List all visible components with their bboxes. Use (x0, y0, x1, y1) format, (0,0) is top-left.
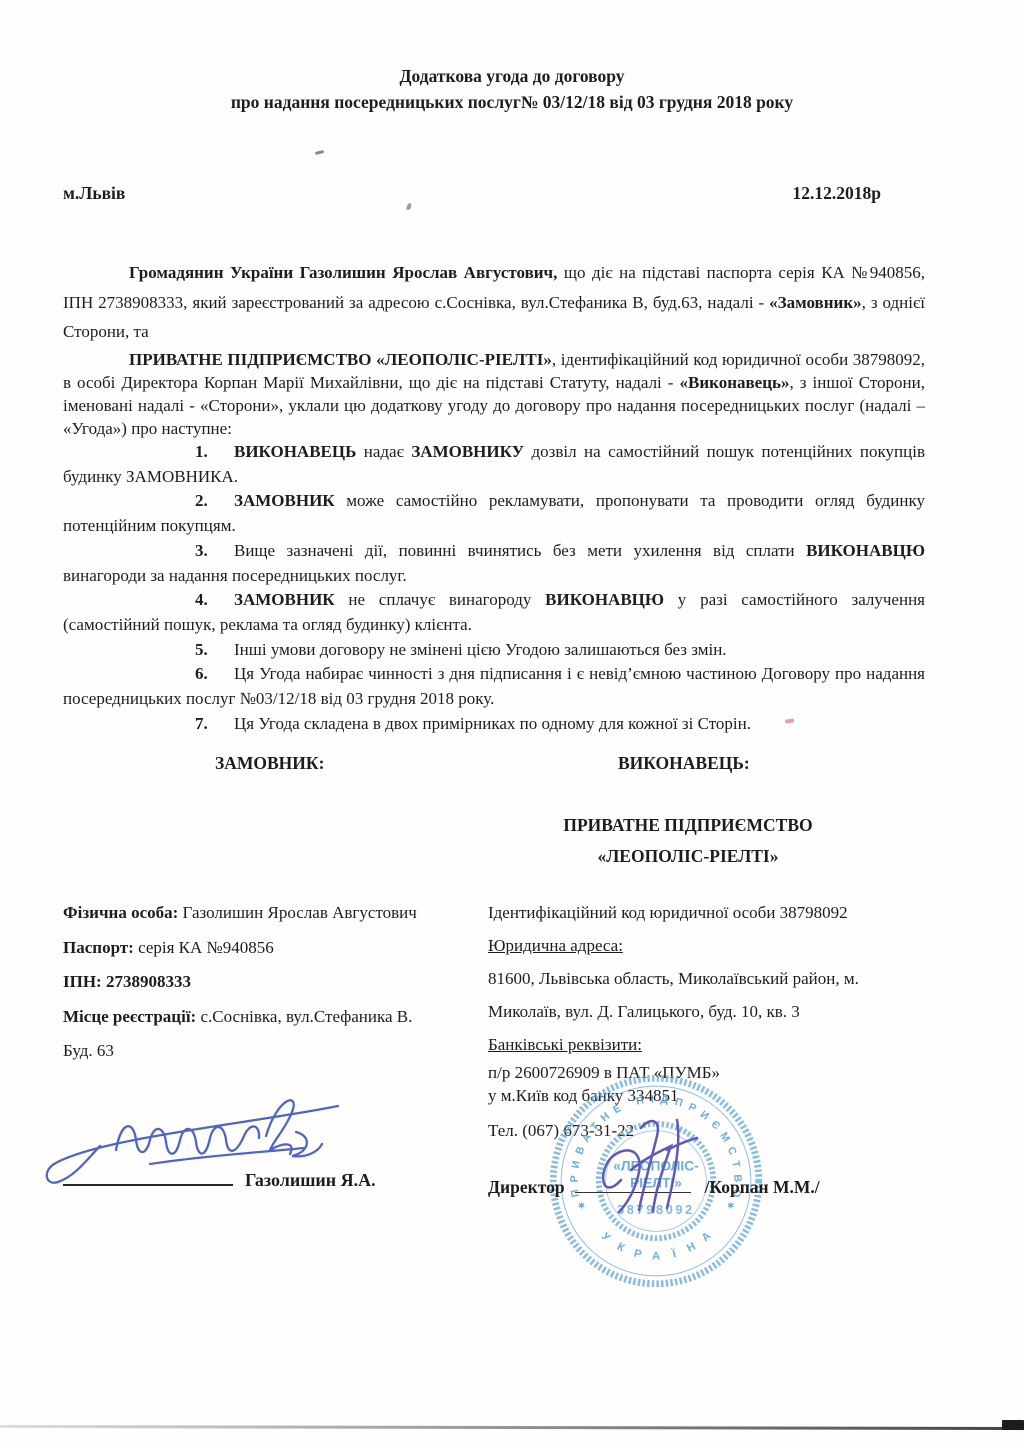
intro-paragraph-executor: ПРИВАТНЕ ПІДПРИЄМСТВО «ЛЕОПОЛІС-РІЕЛТІ»,… (63, 348, 925, 440)
executor-company-line1: ПРИВАТНЕ ПІДПРИЄМСТВО (492, 810, 884, 841)
svg-text:Ї: Ї (670, 1247, 678, 1261)
scan-edge-blob (1002, 1420, 1024, 1430)
date-label: 12.12.2018р (793, 183, 925, 204)
intro-paragraph-customer: Громадянин України Газолишин Ярослав Авг… (63, 258, 925, 347)
svg-text:У: У (599, 1230, 613, 1244)
svg-text:А: А (699, 1230, 713, 1244)
clause-7: 7.Ця Угода складена в двох примірниках п… (63, 712, 925, 737)
customer-passport-row: Паспорт: серія КА №940856 (63, 931, 488, 966)
executor-bank-label: Банківські реквізити: (488, 1028, 950, 1061)
clause-1: 1.ВИКОНАВЕЦЬ надає ЗАМОВНИКУ дозвіл на с… (63, 440, 925, 489)
svg-text:✱: ✱ (727, 1201, 734, 1211)
customer-details: Фізична особа: Газолишин Ярослав Августо… (63, 896, 488, 1069)
svg-text:А: А (652, 1250, 660, 1262)
svg-text:Р: Р (633, 1247, 644, 1261)
executor-id-code-row: Ідентифікаційний код юридичної особи 387… (488, 896, 950, 929)
customer-signature (38, 1080, 378, 1188)
clause-4-number: 4. (129, 588, 234, 613)
executor-company-name: ПРИВАТНЕ ПІДПРИЄМСТВО «ЛЕОПОЛІС-РІЕЛТІ» (492, 810, 884, 872)
city-label: м.Львів (63, 183, 125, 204)
director-label: Директор (488, 1177, 565, 1197)
scanned-contract-page: Додаткова угода до договору про надання … (0, 0, 1024, 1442)
clause-3-number: 3. (129, 539, 234, 564)
clauses-list: 1.ВИКОНАВЕЦЬ надає ЗАМОВНИКУ дозвіл на с… (63, 440, 925, 736)
executor-section-header: ВИКОНАВЕЦЬ: (618, 753, 750, 774)
customer-ipn-row: ІПН: 2738908333 (63, 965, 488, 1000)
svg-text:Н: Н (685, 1240, 698, 1254)
clause-3: 3.Вище зазначені дії, повинні вчинятись … (63, 539, 925, 588)
stamp-country-text: У К Р А Ї Н А (599, 1230, 714, 1263)
clause-2-number: 2. (129, 489, 234, 514)
scan-speck (406, 203, 412, 211)
clause-6: 6.Ця Угода набирає чинності з дня підпис… (63, 662, 925, 711)
executor-company-line2: «ЛЕОПОЛІС-РІЕЛТІ» (492, 841, 884, 872)
city-date-row: м.Львів 12.12.2018р (63, 183, 925, 204)
scan-speck (315, 150, 324, 155)
clause-2: 2.ЗАМОВНИК може самостійно рекламувати, … (63, 489, 925, 538)
document-title-line2: про надання посередницьких послуг№ 03/12… (0, 89, 1024, 115)
svg-text:К: К (615, 1241, 627, 1255)
scan-page-edge (0, 1425, 1024, 1430)
document-title-line1: Додаткова угода до договору (0, 63, 1024, 89)
customer-building-row: Буд. 63 (63, 1034, 488, 1069)
executor-address-row2: Миколаїв, вул. Д. Галицького, буд. 10, к… (488, 995, 950, 1028)
clause-5-text: Інші умови договору не змінені цією Угод… (234, 640, 727, 659)
clause-5: 5.Інші умови договору не змінені цією Уг… (63, 638, 925, 663)
clause-1-number: 1. (129, 440, 234, 465)
clause-4: 4.ЗАМОВНИК не сплачує винагороду ВИКОНАВ… (63, 588, 925, 637)
director-signature (583, 1110, 723, 1228)
executor-legal-address-label: Юридична адреса: (488, 929, 950, 962)
document-title: Додаткова угода до договору про надання … (0, 63, 1024, 115)
clause-7-number: 7. (129, 712, 234, 737)
customer-address-row: Місце реєстрації: с.Соснівка, вул.Стефан… (63, 1000, 488, 1035)
clause-5-number: 5. (129, 638, 234, 663)
clause-7-text: Ця Угода складена в двох примірниках по … (234, 714, 751, 733)
executor-address-row1: 81600, Львівська область, Миколаївський … (488, 962, 950, 995)
clause-6-number: 6. (129, 662, 234, 687)
customer-person-row: Фізична особа: Газолишин Ярослав Августо… (63, 896, 488, 931)
customer-section-header: ЗАМОВНИК: (215, 753, 324, 774)
